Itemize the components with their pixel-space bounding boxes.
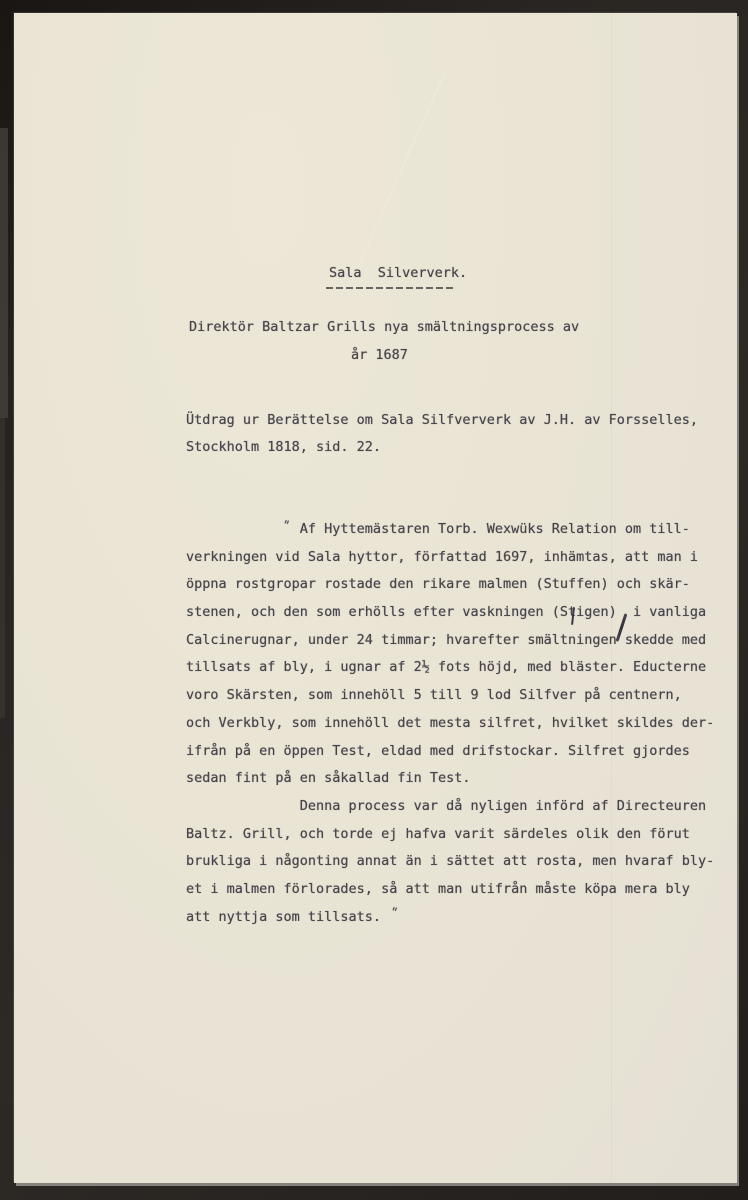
document-page: Sala Silververk. Direktör Baltzar Grills… <box>14 13 737 1183</box>
body-line: verkningen vid Sala hyttor, författad 16… <box>186 544 746 572</box>
photo-background: Sala Silververk. Direktör Baltzar Grills… <box>0 0 748 1200</box>
title-underline <box>326 287 453 289</box>
heading-line-2: år 1687 <box>351 347 408 363</box>
source-reference-line-1: Ütdrag ur Berättelse om Sala Silfververk… <box>186 412 698 428</box>
heading-line-1: Direktör Baltzar Grills nya smältningspr… <box>189 319 579 335</box>
body-line: tillsats af bly, i ugnar af 2½ fots höjd… <box>186 654 746 682</box>
body-line: sedan fint på en såkallad fin Test. <box>186 765 746 793</box>
body-line: stenen, och den som erhölls efter vaskni… <box>186 599 746 627</box>
paper-crease-diagonal <box>346 73 445 293</box>
body-line: och Verkbly, som innehöll det mesta silf… <box>186 710 746 738</box>
body-line: Baltz. Grill, och torde ej hafva varit s… <box>186 821 746 849</box>
source-reference-line-2: Stockholm 1818, sid. 22. <box>186 439 381 455</box>
body-line: Af Hyttemästaren Torb. Wexwüks Relation … <box>186 516 746 544</box>
body-line: brukliga i någonting annat än i sättet a… <box>186 848 746 876</box>
body-line: ifrån på en öppen Test, eldad med drifst… <box>186 738 746 766</box>
body-line: öppna rostgropar rostade den rikare malm… <box>186 571 746 599</box>
document-title: Sala Silververk. <box>329 265 467 281</box>
body-line: Denna process var då nyligen införd af D… <box>186 793 746 821</box>
body-line: att nyttja som tillsats. <box>186 904 746 932</box>
background-light-patch <box>0 418 5 718</box>
body-line: Calcinerugnar, under 24 timmar; hvarefte… <box>186 627 746 655</box>
background-light-patch <box>0 128 8 418</box>
body-line: voro Skärsten, som innehöll 5 till 9 lod… <box>186 682 746 710</box>
body-text-block: Af Hyttemästaren Torb. Wexwüks Relation … <box>186 516 746 931</box>
body-line: et i malmen förlorades, så att man utifr… <box>186 876 746 904</box>
